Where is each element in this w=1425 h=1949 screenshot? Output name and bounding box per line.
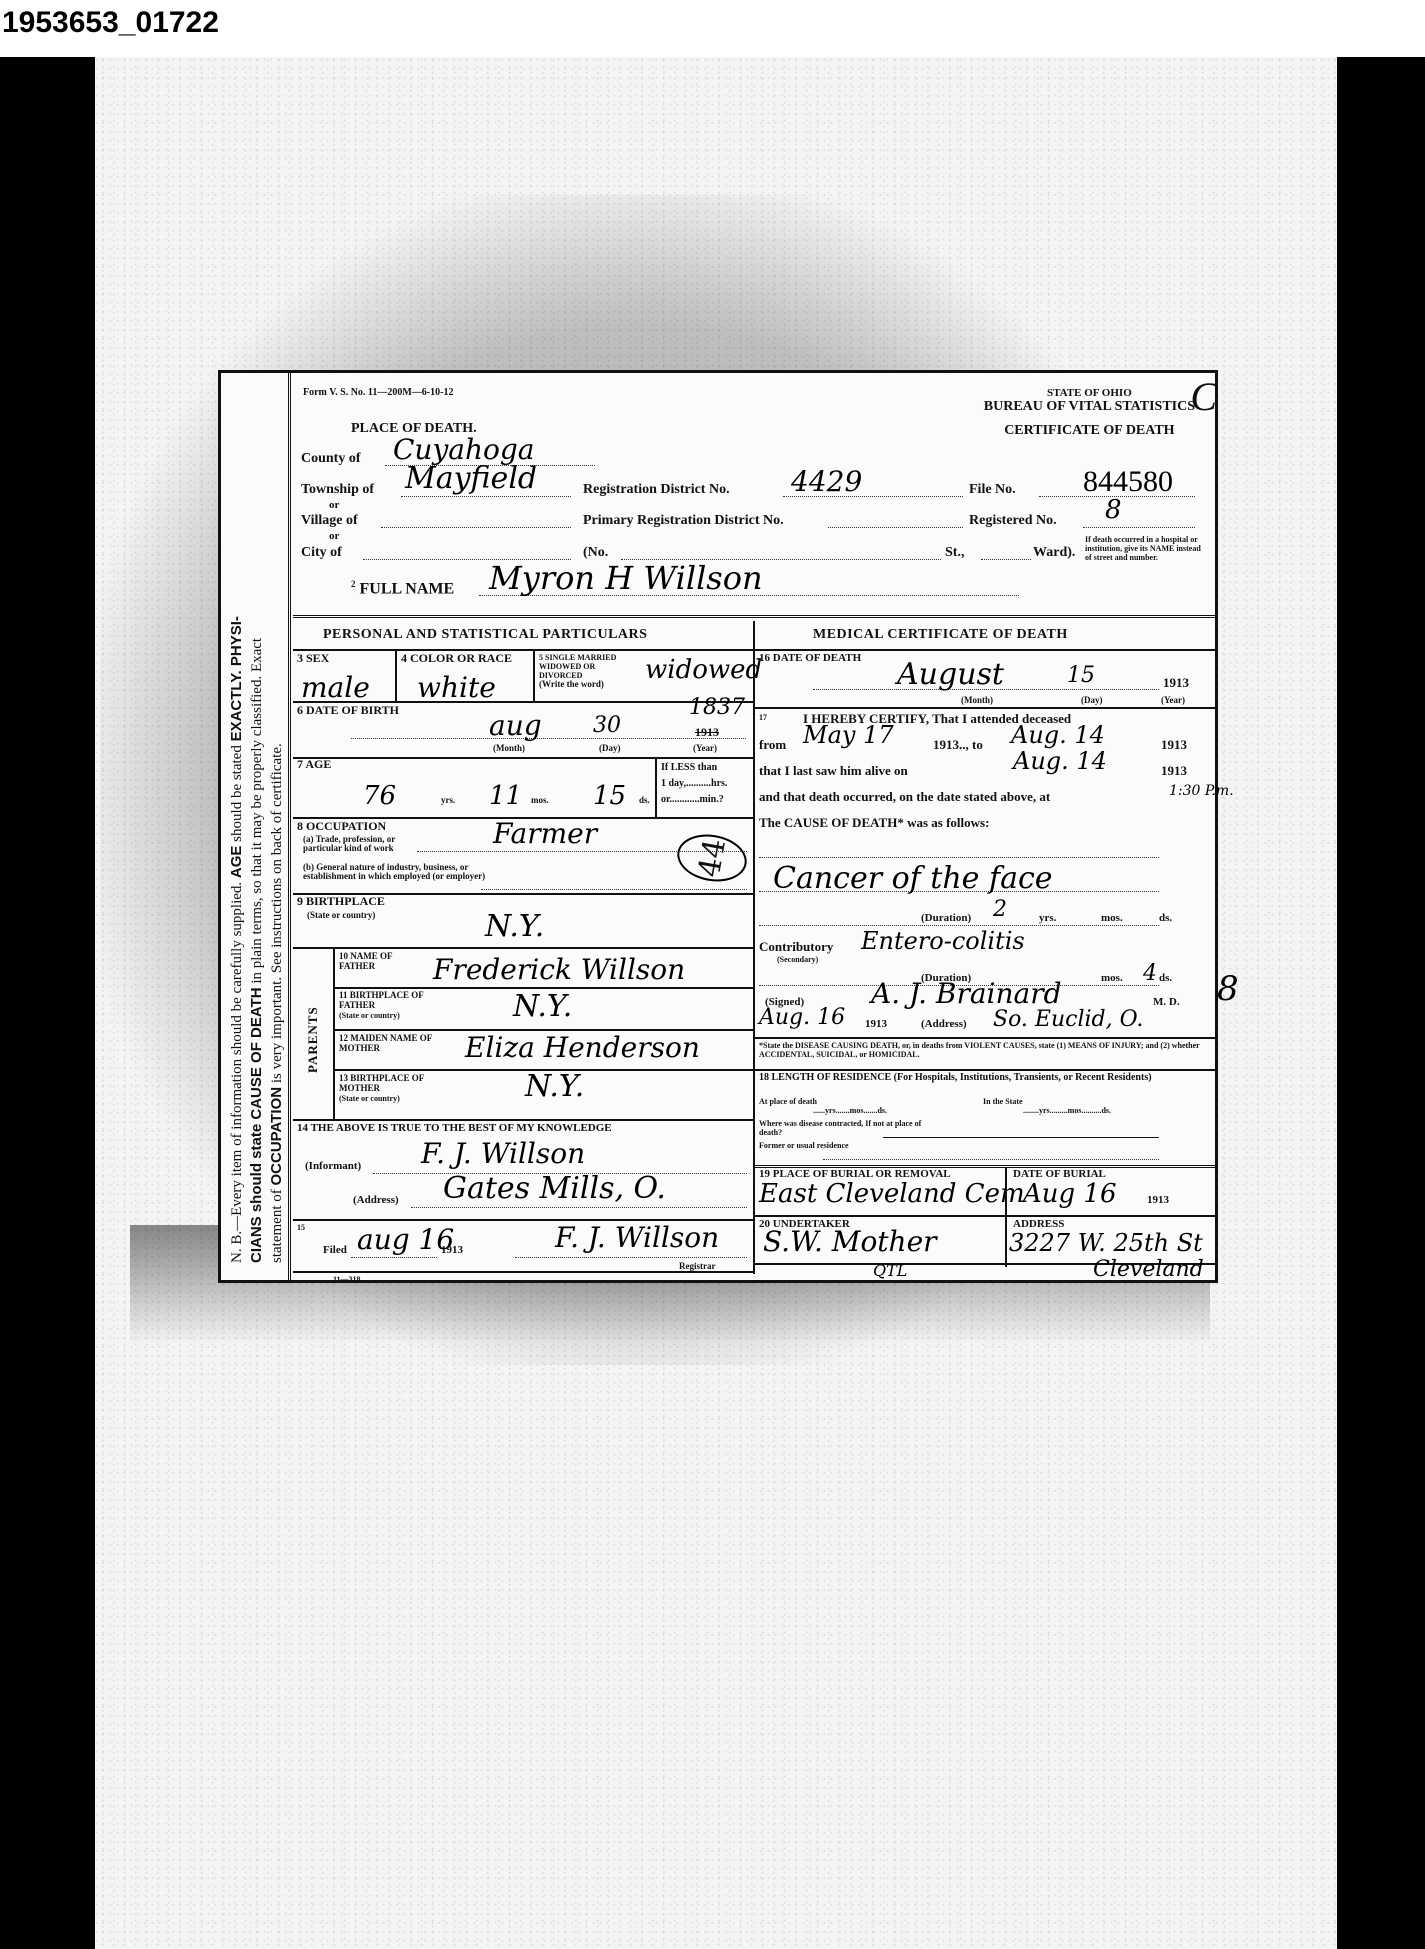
last-saw-alive: Aug. 14 (1013, 747, 1107, 775)
informant-address-value: Gates Mills, O. (443, 1171, 666, 1206)
cause-of-death-value: Cancer of the face (773, 861, 1053, 896)
occupation-label: 8 OCCUPATION (297, 821, 386, 831)
county-label: County of (301, 451, 361, 467)
age-months: 11 (489, 781, 522, 811)
physician-signed-date: Aug. 16 (759, 1005, 845, 1030)
form-code: 11—318 (333, 1275, 361, 1284)
registered-number-value: 8 (1105, 495, 1122, 525)
primary-registration-label: Primary Registration District No. (583, 513, 784, 529)
sex-label: 3 SEX (297, 653, 329, 663)
dob-year: 1837 (689, 695, 745, 720)
registration-district-label: Registration District No. (583, 482, 730, 498)
city-label: City of (301, 545, 342, 561)
undertaker-value: S.W. Mother (763, 1225, 937, 1258)
cause-duration-years: 2 (993, 897, 1007, 922)
burial-place-value: East Cleveland Cem (759, 1179, 1025, 1209)
filed-date-value: aug 16 (357, 1223, 454, 1256)
informant-value: F. J. Willson (421, 1137, 585, 1170)
contributory-duration-days: 4 (1143, 961, 1157, 986)
race-value: white (417, 671, 496, 704)
physician-signature: A. J. Brainard (871, 977, 1062, 1010)
mother-birthplace-value: N.Y. (525, 1069, 584, 1104)
father-birthplace-value: N.Y. (513, 989, 572, 1024)
certificate-header: STATE OF OHIO BUREAU OF VITAL STATISTICS… (984, 387, 1195, 439)
birthplace-value: N.Y. (485, 909, 544, 944)
date-of-death-label: 16 DATE OF DEATH (759, 653, 861, 663)
contributory-cause-value: Entero-colitis (861, 927, 1025, 955)
burial-place-label: 19 PLACE OF BURIAL OR REMOVAL (759, 1169, 951, 1179)
race-label: 4 COLOR OR RACE (401, 653, 512, 663)
margin-mark-8: 8 (1217, 969, 1239, 1009)
hospital-note: If death occurred in a hospital or insti… (1085, 535, 1205, 562)
attended-to: Aug. 14 (1011, 721, 1105, 749)
dob-day: 30 (593, 713, 621, 738)
parents-label: PARENTS (305, 1006, 321, 1073)
registration-district-value: 4429 (791, 465, 862, 498)
side-instructions-strip: N. B.—Every item of information should b… (221, 373, 291, 1280)
registered-number-label: Registered No. (969, 513, 1057, 529)
cause-footnote: *State the DISEASE CAUSING DEATH, or, in… (759, 1041, 1209, 1059)
physician-address: So. Euclid, O. (993, 1007, 1143, 1032)
certificate-title: CERTIFICATE OF DEATH (984, 423, 1195, 439)
sex-value: male (301, 671, 370, 704)
undertaker-address-value: 3227 W. 25th St (1009, 1229, 1203, 1257)
date-of-death-month: August (897, 657, 1004, 692)
mother-name-value: Eliza Henderson (465, 1031, 700, 1064)
state-label: STATE OF OHIO (984, 387, 1195, 399)
time-of-death: 1:30 P.m. (1169, 783, 1234, 799)
side-instructions: N. B.—Every item of information should b… (227, 383, 287, 1263)
age-label: 7 AGE (297, 759, 331, 769)
attestation-label: 14 THE ABOVE IS TRUE TO THE BEST OF MY K… (297, 1123, 612, 1133)
file-number-label: File No. (969, 482, 1016, 498)
death-certificate: N. B.—Every item of information should b… (218, 370, 1218, 1283)
personal-section-title: PERSONAL AND STATISTICAL PARTICULARS (323, 627, 647, 643)
burial-date-label: DATE OF BURIAL (1013, 1169, 1106, 1179)
village-label: Village of (301, 513, 358, 529)
date-of-death-day: 15 (1067, 663, 1095, 688)
occupation-value: Farmer (493, 817, 597, 850)
occupation-code-circled: 44 (674, 829, 751, 886)
birthplace-label: 9 BIRTHPLACE (297, 896, 385, 906)
mother-name-label: 12 MAIDEN NAME OF MOTHER (339, 1033, 449, 1053)
undertaker-city: Cleveland (1093, 1257, 1204, 1282)
mother-birthplace-label: 13 BIRTHPLACE OF MOTHER(State or country… (339, 1073, 449, 1104)
dob-year-struck: 1913 (695, 727, 719, 737)
filed-year: 1913 (441, 1245, 463, 1255)
marital-label: 5 SINGLE MARRIED WIDOWED OR DIVORCED(Wri… (539, 653, 639, 689)
father-name-value: Frederick Willson (433, 953, 685, 986)
bureau-label: BUREAU OF VITAL STATISTICS (984, 399, 1195, 415)
age-years: 76 (363, 781, 396, 811)
full-name-value: Myron H Willson (489, 559, 763, 597)
township-label: Township of (301, 482, 374, 498)
township-value: Mayfield (405, 461, 537, 496)
certificate-body: Form V. S. No. 11—200M—6-10-12 STATE OF … (293, 373, 1215, 1280)
date-of-death-year: 1913 (1163, 675, 1189, 691)
marital-value: widowed (645, 655, 762, 685)
father-name-label: 10 NAME OF FATHER (339, 951, 429, 971)
burial-date-value: Aug 16 (1023, 1179, 1117, 1209)
image-id-label: 1953653_01722 (2, 6, 219, 40)
form-number: Form V. S. No. 11—200M—6-10-12 (303, 387, 453, 398)
undertaker-note: QTL (873, 1261, 907, 1280)
age-days: 15 (593, 781, 626, 811)
corner-mark: C (1190, 373, 1217, 420)
full-name-label: 2 FULL NAME (351, 579, 454, 598)
cause-of-death-label: The CAUSE OF DEATH* was as follows: (759, 815, 989, 831)
residence-label: 18 LENGTH OF RESIDENCE (For Hospitals, I… (759, 1072, 1209, 1083)
attended-from: May 17 (803, 721, 894, 749)
dob-label: 6 DATE OF BIRTH (297, 705, 399, 715)
dob-month: aug (489, 709, 542, 742)
file-number-value: 844580 (1083, 465, 1173, 499)
registrar-value: F. J. Willson (555, 1221, 719, 1254)
medical-section-title: MEDICAL CERTIFICATE OF DEATH (813, 627, 1068, 643)
father-birthplace-label: 11 BIRTHPLACE OF FATHER(State or country… (339, 990, 449, 1021)
